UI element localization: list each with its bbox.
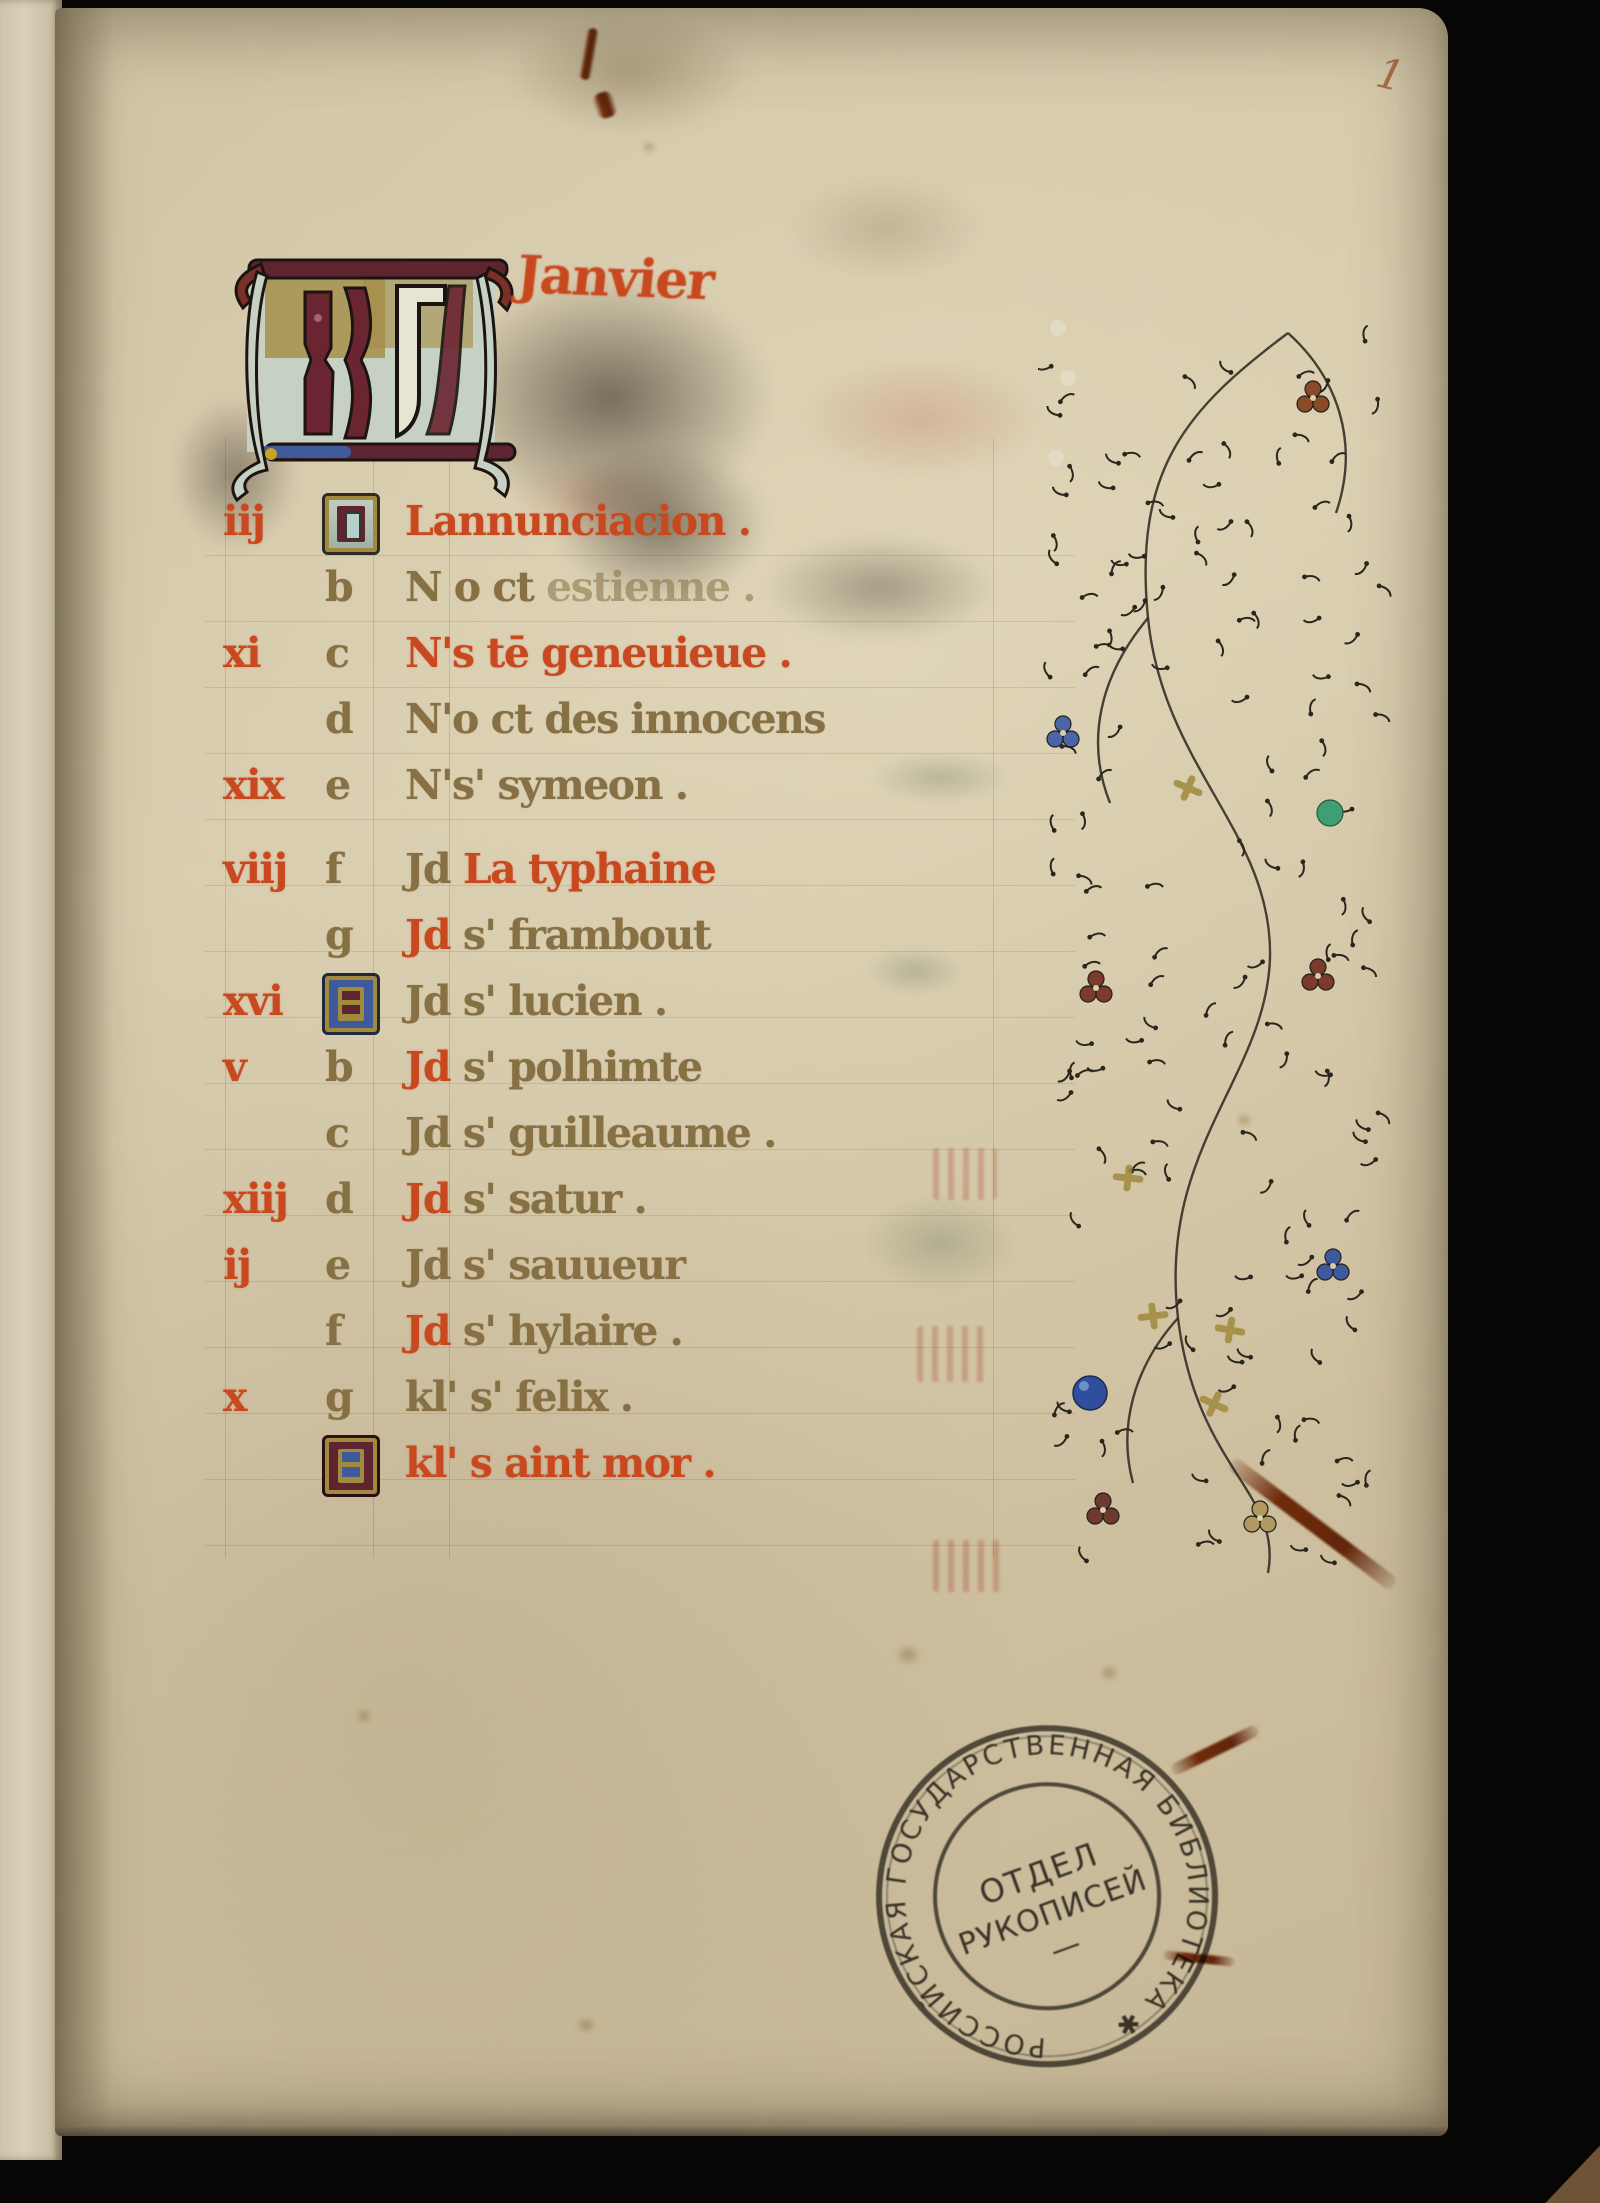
- feast-text: s' felix .: [470, 1373, 633, 1421]
- feast-text: N's' symeon .: [405, 761, 688, 809]
- golden-number: xix: [223, 758, 325, 812]
- dominical-letter: [325, 974, 405, 1032]
- feast-text: s' guilleaume .: [463, 1109, 776, 1157]
- trefoil-flower: [1244, 1501, 1276, 1532]
- feast-text: s' sauueur: [463, 1241, 685, 1289]
- feast-entry: Jd s' satur .: [405, 1172, 646, 1226]
- feast-text: s' hylaire .: [463, 1307, 683, 1355]
- foxing-spot: [895, 1644, 921, 1666]
- trefoil-flower: [1317, 1249, 1349, 1280]
- gold-sprig: [1140, 1305, 1166, 1328]
- illuminated-initial-a: [325, 976, 377, 1032]
- vine-stem: [1098, 618, 1148, 803]
- dominical-letter: b: [325, 560, 405, 614]
- dominical-letter: c: [325, 1106, 405, 1160]
- feast-entry: N's' symeon .: [405, 758, 688, 812]
- feast-entry: Jd La typhaine: [405, 842, 715, 896]
- feast-text: kl' s aint mor .: [405, 1439, 715, 1487]
- dominical-letter: d: [325, 1172, 405, 1226]
- calendar-row: cJd s' guilleaume .: [55, 1106, 1065, 1172]
- feast-text: Jd: [405, 1307, 463, 1355]
- foxing-spot: [575, 2016, 597, 2034]
- calendar-row: kl' s aint mor .: [55, 1436, 1065, 1502]
- kl-monogram: KL: [213, 248, 525, 506]
- gold-sprig: [1216, 1318, 1243, 1342]
- kl-monogram-art: [213, 248, 525, 506]
- book-fore-edge: [0, 0, 62, 2160]
- feast-entry: Jd s' frambout: [405, 908, 710, 962]
- brown-stain: [755, 158, 1015, 298]
- dominical-letter: f: [325, 1304, 405, 1358]
- white-flower: [1050, 320, 1066, 336]
- feast-entry: kl' s aint mor .: [405, 1436, 715, 1490]
- feast-text: Jd: [405, 1109, 463, 1157]
- feast-text: estienne .: [546, 563, 755, 611]
- feast-text: N'o ct des innocens: [405, 695, 825, 743]
- calendar-row: xixeN's' symeon .: [55, 758, 1065, 824]
- calendar-row: vbJd s' polhimte: [55, 1040, 1065, 1106]
- calendar-row: xgkl' s' felix .: [55, 1370, 1065, 1436]
- manuscript-page: KL: [55, 8, 1448, 2136]
- feast-text: s' frambout: [463, 911, 710, 959]
- feast-text: La typhaine: [463, 845, 715, 893]
- trefoil-flower: [1087, 1493, 1119, 1524]
- stamp-center-dash: —: [1046, 1926, 1086, 1969]
- library-stamp: РОССИЙСКАЯ ГОСУДАРСТВЕННАЯ БИБЛИОТЕКА ✱ …: [821, 1669, 1277, 2136]
- dominical-letter: b: [325, 1040, 405, 1094]
- gold-sprig: [1173, 774, 1203, 802]
- dominical-letter: d: [325, 692, 405, 746]
- dominical-letter: g: [325, 908, 405, 962]
- calendar-row: fJd s' hylaire .: [55, 1304, 1065, 1370]
- calendar-row: viijfJd La typhaine: [55, 842, 1065, 908]
- feast-text: Lannunciacion .: [405, 497, 750, 545]
- vine-stem: [1176, 958, 1270, 1573]
- dominical-letter: c: [325, 626, 405, 680]
- brown-stain: [465, 8, 795, 158]
- folio-number: 1: [1371, 47, 1409, 101]
- rust-mark: [579, 27, 600, 80]
- stamp-ring-text: РОССИЙСКАЯ ГОСУДАРСТВЕННАЯ БИБЛИОТЕКА ✱: [846, 1695, 1248, 2094]
- calendar-row: xviJd s' lucien .: [55, 974, 1065, 1040]
- dominical-letter: f: [325, 842, 405, 896]
- foxing-spot: [355, 1708, 373, 1724]
- trefoil-flower: [1080, 971, 1112, 1002]
- calendar-row: bN o ct estienne .: [55, 560, 1065, 626]
- feast-entry: N's tē geneuieue .: [405, 626, 791, 680]
- dominical-letter: e: [325, 758, 405, 812]
- month-title: Janvier: [514, 245, 716, 313]
- trefoil-flower: [1302, 959, 1334, 990]
- next-leaf-corner: [1530, 2133, 1600, 2203]
- dominical-letter: e: [325, 1238, 405, 1292]
- feast-text: Jd: [405, 845, 463, 893]
- calendar-row: xiijdJd s' satur .: [55, 1172, 1065, 1238]
- page-bottom-edge: [55, 2126, 1448, 2136]
- feast-entry: N'o ct des innocens: [405, 692, 825, 746]
- feast-text: s' lucien .: [463, 977, 667, 1025]
- calendar-row: ijeJd s' sauueur: [55, 1238, 1065, 1304]
- feast-entry: kl' s' felix .: [405, 1370, 633, 1424]
- dominical-letter: g: [325, 1370, 405, 1424]
- golden-number: ij: [223, 1238, 325, 1292]
- calendar-rows: iijLannunciacion .bN o ct estienne .xicN…: [55, 494, 1065, 1502]
- foxing-spot: [641, 140, 657, 154]
- golden-number: xvi: [223, 974, 325, 1028]
- feast-text: s' satur .: [463, 1175, 646, 1223]
- feast-text: Jd: [405, 977, 463, 1025]
- foxing-spot: [1099, 1664, 1119, 1682]
- feast-entry: Jd s' sauueur: [405, 1238, 685, 1292]
- feast-entry: N o ct estienne .: [405, 560, 755, 614]
- golden-number: x: [223, 1370, 325, 1424]
- dominical-letter: [325, 1436, 405, 1494]
- trefoil-flower: [1297, 381, 1329, 412]
- calendar-row: gJd s' frambout: [55, 908, 1065, 974]
- feast-entry: Jd s' guilleaume .: [405, 1106, 776, 1160]
- golden-number: xi: [223, 626, 325, 680]
- feast-text: N o ct: [405, 563, 546, 611]
- bleedthrough-numeral: [933, 1540, 1003, 1592]
- calendar-row: iijLannunciacion .: [55, 494, 1065, 560]
- feast-entry: Jd s' hylaire .: [405, 1304, 682, 1358]
- feast-text: Jd: [405, 1241, 463, 1289]
- feast-entry: Lannunciacion .: [405, 494, 750, 548]
- vine-stem: [1288, 333, 1346, 513]
- feast-text: s' polhimte: [463, 1043, 702, 1091]
- rust-mark: [591, 90, 618, 121]
- blue-flower: [1073, 1376, 1107, 1410]
- calendar-row: dN'o ct des innocens: [55, 692, 1065, 758]
- feast-text: Jd: [405, 1043, 463, 1091]
- golden-number: viij: [223, 842, 325, 896]
- bleedthrough-text: [755, 338, 1085, 498]
- feast-entry: Jd s' lucien .: [405, 974, 667, 1028]
- green-berry: [1317, 800, 1343, 826]
- feast-text: N's tē geneuieue .: [405, 629, 791, 677]
- dominical-letter: [325, 494, 405, 552]
- illuminated-initial-a: [325, 1438, 377, 1494]
- vine-flourish-border: [1038, 318, 1410, 1586]
- feast-text: Jd: [405, 1175, 463, 1223]
- white-flower: [1048, 450, 1064, 466]
- feast-text: Jd: [405, 911, 463, 959]
- feast-text: kl': [405, 1373, 470, 1421]
- manuscript-photo: KL: [0, 0, 1600, 2203]
- white-flower: [1060, 370, 1076, 386]
- golden-number: iij: [223, 494, 325, 548]
- illuminated-initial-a: [325, 496, 377, 552]
- calendar-row: xicN's tē geneuieue .: [55, 626, 1065, 692]
- golden-number: xiij: [223, 1172, 325, 1226]
- golden-number: v: [223, 1040, 325, 1094]
- feast-entry: Jd s' polhimte: [405, 1040, 702, 1094]
